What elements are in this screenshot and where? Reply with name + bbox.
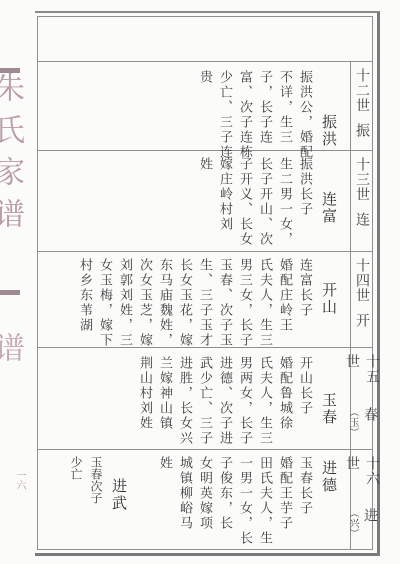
book-spine: 朱氏家谱 谱 一六 xyxy=(0,0,36,564)
generation-char: 振 xyxy=(352,123,372,137)
entry-lianfu: 连富 振洪长子 生二男一女， 长子开山、次 子开义、长女 嫁庄岭村刘 姓 xyxy=(38,151,350,251)
entry-kaishan: 开山 连富长子 婚配庄岭王 氏夫人，生三 男三女，长子 玉春、次子玉 生、三子玉… xyxy=(38,252,350,347)
spine-subtitle: 谱 xyxy=(0,332,28,362)
generation-char: 连 xyxy=(352,212,372,226)
person-detail: 开山长子 婚配鲁城徐 氏夫人，生三 男两女，长子 进德、次子进 武少亡、三子 进… xyxy=(134,356,314,446)
generation-12: 十二世 振 xyxy=(351,62,373,150)
person-name: 振洪 xyxy=(319,114,340,148)
generation-15: 十五世 春（玉） xyxy=(351,348,373,449)
person-detail: 连富长子 婚配庄岭王 氏夫人，生三 男三女，长子 玉春、次子玉 生、三子玉才 长… xyxy=(74,258,314,348)
spine-ornament-bottom xyxy=(0,290,20,295)
entries-generation-16: 进德 玉春长子 婚配王芋子 田氏夫人，生 一男一女，长 子俊东，长 女明英嫁项 … xyxy=(38,450,350,550)
entry-zhenhong: 振洪 振洪公，婚配 不详，生三 子，长子连 富、次子连栋 少亡、三子连 贵 xyxy=(38,62,350,150)
generation-char: 开 xyxy=(352,313,372,327)
person-detail: 振洪公，婚配 不详，生三 子，长子连 富、次子连栋 少亡、三子连 贵 xyxy=(194,70,314,160)
generation-label: 十三世 xyxy=(352,157,372,202)
generation-label: 十二世 xyxy=(352,68,372,113)
person-detail: 玉春次子 少亡 xyxy=(64,456,104,504)
generation-13: 十三世 连 xyxy=(351,151,373,251)
generation-label: 十四世 xyxy=(352,258,372,303)
generation-16: 十六世 进（兴） xyxy=(351,450,373,550)
spine-title: 朱氏家谱 xyxy=(0,72,28,240)
entry-yuchun: 玉春 开山长子 婚配鲁城徐 氏夫人，生三 男两女，长子 进德、次子进 武少亡、三… xyxy=(38,348,350,449)
person-name: 玉春 xyxy=(319,392,340,426)
person-name: 进德 xyxy=(319,460,340,494)
person-detail: 玉春长子 婚配王芋子 田氏夫人，生 一男一女，长 子俊东，长 女明英嫁项 城镇柳… xyxy=(154,456,314,546)
person-name: 连富 xyxy=(319,191,340,225)
person-detail: 振洪长子 生二男一女， 长子开山、次 子开义、长女 嫁庄岭村刘 姓 xyxy=(194,157,314,247)
page-number: 一六 xyxy=(12,470,27,490)
person-name: 进武 xyxy=(109,478,130,512)
person-name: 开山 xyxy=(319,282,340,316)
generation-14: 十四世 开 xyxy=(351,252,373,347)
